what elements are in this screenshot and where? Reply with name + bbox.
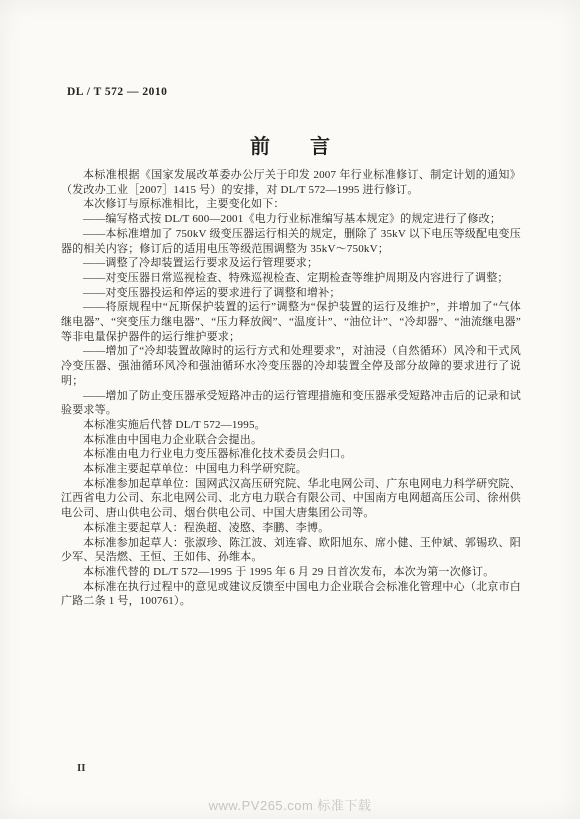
document-page: DL / T 572 — 2010 前 言 本标准根据《国家发展改革委办公厅关于… [0, 0, 580, 819]
paragraph: ——本标准增加了 750kV 级变压器运行相关的规定，删除了 35kV 以下电压… [61, 227, 521, 256]
paragraph: ——对变压器投运和停运的要求进行了调整和增补； [61, 286, 521, 301]
paragraph: 本标准实施后代替 DL/T 572—1995。 [61, 418, 521, 433]
paragraph: 本标准根据《国家发展改革委办公厅关于印发 2007 年行业标准修订、制定计划的通… [61, 168, 521, 197]
foreword-body: 本标准根据《国家发展改革委办公厅关于印发 2007 年行业标准修订、制定计划的通… [61, 168, 521, 609]
paragraph: ——对变压器日常巡视检查、特殊巡视检查、定期检查等维护周期及内容进行了调整； [61, 271, 521, 286]
page-number: II [77, 762, 86, 774]
paragraph: ——将原规程中“瓦斯保护装置的运行”调整为“保护装置的运行及维护”，并增加了“气… [61, 300, 521, 344]
page-title: 前 言 [0, 130, 580, 159]
watermark-text: www.PV265.com 标准下载 [0, 795, 580, 814]
paragraph: ——增加了“冷却装置故障时的运行方式和处理要求”，对油浸（自然循环）风冷和干式风… [61, 344, 521, 388]
paragraph: 本标准由电力行业电力变压器标准化技术委员会归口。 [61, 447, 521, 462]
paragraph: 本标准在执行过程中的意见或建议反馈至中国电力企业联合会标准化管理中心（北京市白广… [61, 580, 521, 609]
paragraph: 本标准主要起草人：程涣超、凌愍、李鹏、李博。 [61, 521, 521, 536]
paragraph: 本次修订与原标准相比，主要变化如下： [61, 197, 521, 212]
paragraph: 本标准参加起草人：张淑珍、陈江波、刘连睿、欧阳旭东、席小健、王仲斌、郭锡玖、阳少… [61, 536, 521, 565]
paragraph: 本标准代替的 DL/T 572—1995 于 1995 年 6 月 29 日首次… [61, 565, 521, 580]
paragraph: 本标准主要起草单位：中国电力科学研究院。 [61, 462, 521, 477]
paragraph: 本标准由中国电力企业联合会提出。 [61, 433, 521, 448]
standard-number-header: DL / T 572 — 2010 [67, 86, 167, 98]
paragraph: ——调整了冷却装置运行要求及运行管理要求； [61, 256, 521, 271]
paragraph: ——增加了防止变压器承受短路冲击的运行管理措施和变压器承受短路冲击后的记录和试验… [61, 389, 521, 418]
paragraph: ——编写格式按 DL/T 600—2001《电力行业标准编写基本规定》的规定进行… [61, 212, 521, 227]
paragraph: 本标准参加起草单位：国网武汉高压研究院、华北电网公司、广东电网电力科学研究院、江… [61, 477, 521, 521]
